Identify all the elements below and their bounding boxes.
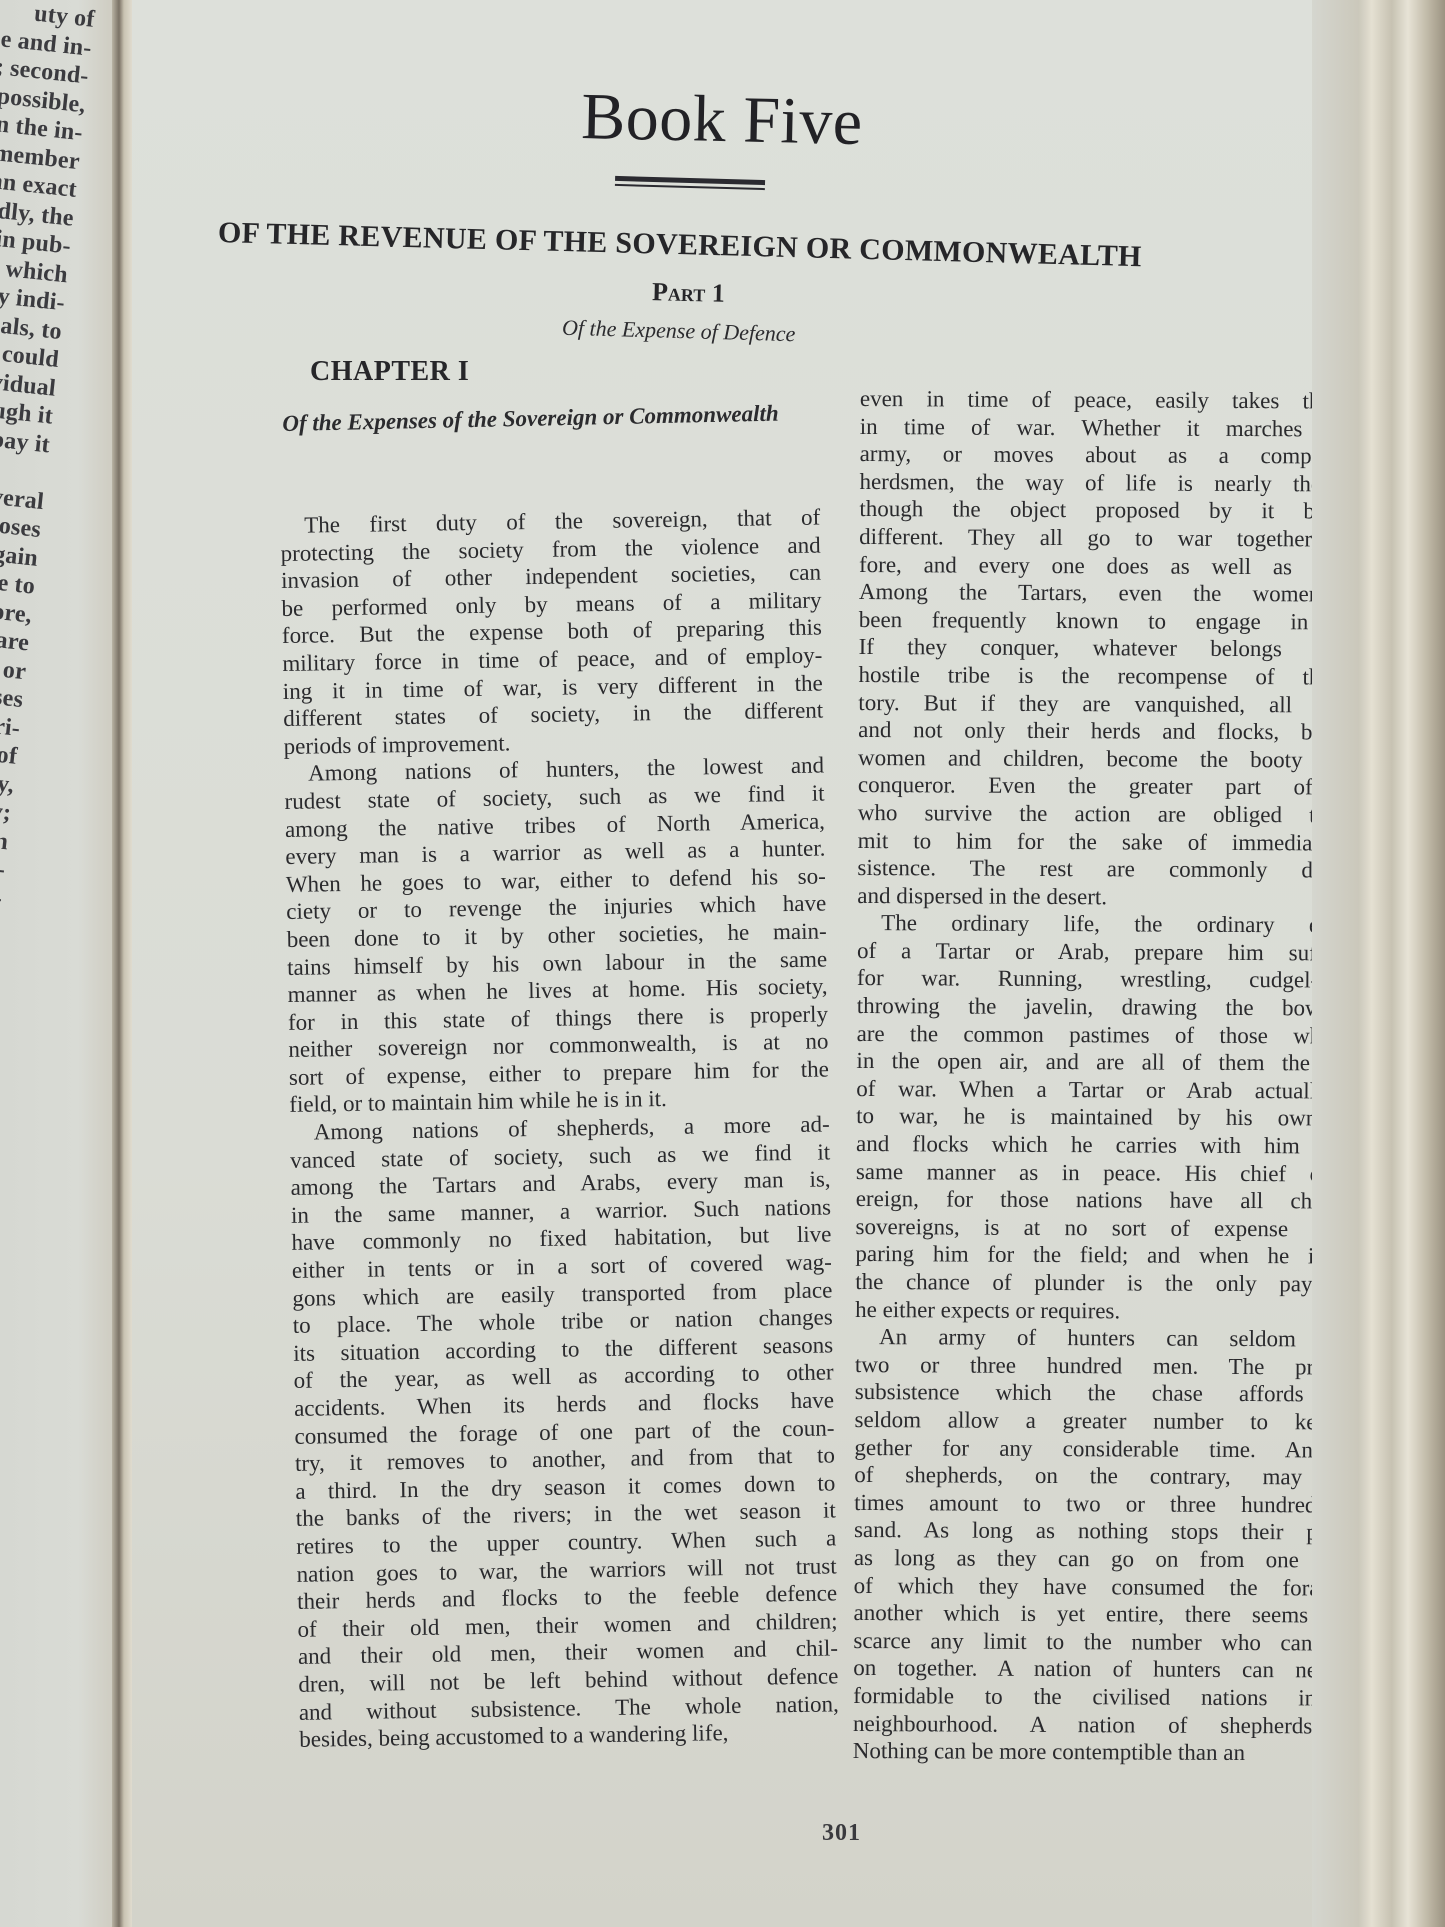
text-line: neighbourhood. A nation of shepherds may… [853,1709,1389,1739]
book-title: Book Five [131,70,1312,171]
text-line: of which they have consumed the forage, … [854,1572,1390,1602]
text-line: sand. As long as nothing stops their pro… [854,1516,1390,1546]
text-line: formidable to the civilised nations in t… [853,1682,1389,1712]
previous-page-text-fragments: uty ofe and in-es; second-s possible,n t… [0,0,96,1196]
text-line: another which is yet entire, there seems… [853,1599,1389,1629]
text-line: on together. A nation of hunters can nev… [853,1654,1389,1684]
paragraph: The first duty of the sovereign, that of… [280,504,824,761]
book-subtitle: OF THE REVENUE OF THE SOVEREIGN OR COMMO… [218,216,1319,279]
text-line: the chance of plunder is the only pay wh… [855,1268,1391,1298]
part-subtitle: Of the Expense of Defence [562,315,796,348]
title-divider [615,176,765,190]
paragraph: Among nations of hunters, the lowest and… [284,752,830,1119]
text-line: as long as they can go on from one distr… [854,1544,1390,1574]
text-line: scarce any limit to the number who can m… [853,1627,1389,1657]
paragraph: An army of hunters can seldom exceedtwo … [853,1323,1391,1767]
text-line: two or three hundred men. The precarious [855,1351,1391,1381]
text-line: times amount to two or three hundred tho… [854,1489,1390,1519]
page-stack-edge [1312,0,1445,1927]
left-text-column: The first duty of the sovereign, that of… [280,504,839,1754]
book-page: Book Five OF THE REVENUE OF THE SOVEREIG… [132,0,1312,1927]
text-line: Nothing can be more contemptible than an [853,1737,1389,1767]
chapter-heading: CHAPTER I [310,356,469,388]
paragraph: Among nations of shepherds, a more ad-va… [290,1111,840,1754]
text-line: he either expects or requires. [855,1296,1391,1326]
chapter-subtitle: Of the Expenses of the Sovereign or Comm… [282,397,823,440]
text-line: An army of hunters can seldom exceed [855,1323,1391,1353]
text-line: of shepherds, on the contrary, may some- [854,1461,1390,1491]
part-label: Part 1 [652,277,725,309]
text-line: subsistence which the chase affords coul… [855,1378,1391,1408]
previous-page-edge: uty ofe and in-es; second-s possible,n t… [0,0,112,1927]
text-line: seldom allow a greater number to keep to… [855,1406,1391,1436]
book-gutter [112,0,132,1927]
text-line: gether for any considerable time. An arm… [854,1434,1390,1464]
page-number: 301 [822,1820,861,1847]
